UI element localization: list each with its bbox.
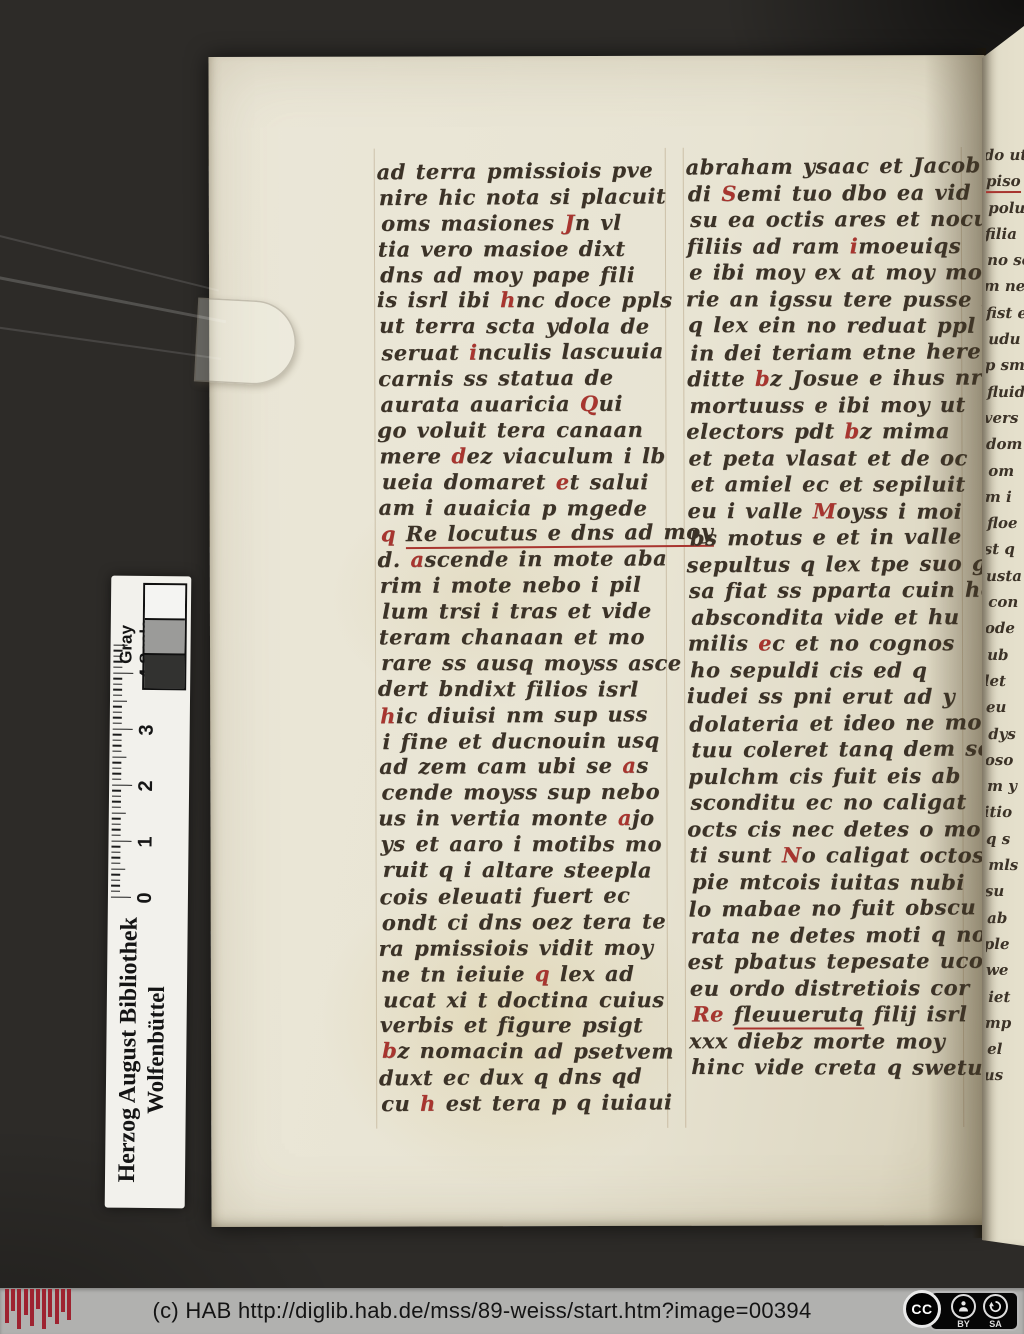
text-segment: con (988, 593, 1018, 611)
edge-text-fragment: udu (988, 330, 1024, 356)
text-segment: vers (986, 409, 1018, 427)
text-segment: pulchm cis fuit eis ab (688, 762, 961, 788)
manuscript-text-line: carnis ss statua de (378, 364, 674, 392)
text-segment: usta (986, 567, 1022, 585)
text-segment: eu (986, 698, 1006, 716)
text-segment: scende in mote aba (424, 546, 667, 572)
text-segment: abraham ysaac et Jacob (685, 152, 980, 179)
institution-name-line2: Wolfenbüttel (141, 904, 171, 1196)
ruler-tick (111, 885, 120, 886)
text-segment: a (410, 547, 424, 572)
ruler-tick (111, 891, 120, 892)
edge-text-fragment: filia (986, 225, 1023, 251)
edge-text-fragment: ab (987, 909, 1024, 935)
text-segment: ad terra pmissiois pve (376, 157, 653, 184)
text-segment: rare ss ausq moyss asce (381, 650, 682, 675)
text-segment: verbis et figure psigt (380, 1012, 643, 1037)
manuscript-text-line: octs cis nec detes o mo (687, 816, 975, 843)
text-segment: M (813, 498, 837, 523)
text-segment: mortuuss e ibi moy ut (689, 391, 965, 417)
edge-text-fragment: m i (986, 488, 1023, 514)
manuscript-text-line: seruat inculis lascuuia (381, 338, 677, 366)
manuscript-text-line: lum trsi i tras et vide (382, 598, 678, 625)
manuscript-text-line: Re fleuuerutq filij isrl (692, 1001, 980, 1028)
ruler-tick (112, 779, 121, 780)
text-segment: m i (986, 488, 1012, 506)
text-segment: z mima (860, 418, 950, 443)
text-segment: dolateria et ideo ne mo (689, 709, 982, 736)
ruler-tick (112, 807, 121, 808)
ruler-tick (111, 896, 131, 898)
manuscript-text-line: tuu coleret tanq dem se (691, 735, 979, 763)
text-segment: su ea octis ares et nocu (690, 206, 989, 232)
text-segment: emi tuo dbo ea vid (737, 179, 971, 205)
text-segment: sa fiat ss pparta cuin ho (689, 577, 995, 603)
text-segment: J (564, 210, 575, 235)
text-segment: el (987, 1040, 1002, 1058)
manuscript-text-line: dert bndixt filios isrl (378, 676, 674, 703)
text-segment: milis (688, 630, 758, 655)
text-segment: jo (632, 805, 655, 830)
manuscript-text-line: i fine et ducnouin usq (382, 727, 678, 755)
edge-text-fragment: ple (986, 935, 1022, 961)
manuscript-text-line: go voluit tera canaan (377, 417, 673, 444)
text-segment: lo mabae no fuit obscu (689, 894, 977, 921)
ruler-tick (112, 818, 121, 819)
ruler-tick (113, 734, 122, 735)
text-segment: su (986, 882, 1004, 900)
text-segment: nc doce ppls (516, 288, 673, 313)
manuscript-scan-viewport: do utpisopolufiliano som nefist eudup sm… (0, 0, 1024, 1334)
gray-scale-swatch (145, 585, 185, 618)
text-segment: sconditu ec no caligat (690, 789, 966, 815)
text-segment: udu (988, 330, 1020, 348)
text-segment: ui (599, 391, 623, 416)
manuscript-text-line: cu h est tera p q iuiaui (381, 1089, 677, 1117)
edge-text-fragment: piso (986, 172, 1024, 198)
text-segment: nire hic nota si placuit (379, 183, 666, 210)
edge-text-fragment: us (986, 1066, 1022, 1092)
text-segment: ys et aaro i motibs mo (381, 831, 663, 856)
manuscript-text-line: dns ad moy pape fili (380, 262, 676, 288)
manuscript-text-line: bs motus e et in valle (690, 523, 978, 552)
text-segment: fleuuerutq (734, 1001, 864, 1029)
text-segment: us (986, 1066, 1003, 1084)
text-segment: cu (381, 1091, 420, 1116)
manuscript-text-line: eu ordo distretiois cor (690, 975, 978, 1002)
edge-text-fragment: dys (988, 724, 1024, 750)
manuscript-text-line: xxx diebz morte moy (689, 1028, 977, 1055)
manuscript-text-line: cois eleuati fuert ec (379, 882, 675, 910)
manuscript-text-line: q Re locutus e dns ad moy (381, 519, 677, 547)
manuscript-text-line: et peta vlasat et de oc (689, 445, 977, 472)
manuscript-text-line: milis ec et no cognos (688, 630, 976, 657)
facing-page-text-fragments: do utpisopolufiliano som nefist eudup sm… (986, 146, 1024, 1093)
text-segment: b (755, 366, 770, 391)
text-segment: ub (987, 646, 1008, 664)
manuscript-text-line: ho sepuldi cis ed q (690, 657, 978, 684)
ruler-tick (112, 829, 121, 830)
ruler-tick (113, 683, 122, 684)
text-segment: am i auaicia p mgede (379, 494, 648, 520)
manuscript-text-line: eu i valle Moyss i moi (688, 498, 976, 525)
ruler-number-label: 3 (136, 721, 159, 739)
text-segment: b (382, 1038, 397, 1063)
text-segment: N (782, 842, 802, 867)
manuscript-text-line: di Semi tuo dbo ea vid (688, 179, 976, 207)
text-segment: e (758, 630, 772, 655)
text-segment: fluid (987, 383, 1024, 401)
manuscript-text-line: abraham ysaac et Jacob (685, 152, 973, 181)
text-segment: ez viaculum i lb (467, 443, 666, 468)
text-segment: is isrl ibi (377, 288, 500, 313)
text-segment: mls (988, 856, 1018, 874)
manuscript-text-line: rim i mote nebo i pil (380, 572, 676, 599)
text-segment: dom (986, 435, 1022, 453)
text-segment: rie an igssu tere pusse st (686, 286, 1004, 311)
text-segment: st q (986, 540, 1015, 558)
manuscript-text-line: pie mtcois iuitas nubi (692, 869, 980, 896)
text-segment: duxt ec dux q dns qd (379, 1063, 642, 1090)
text-segment: hinc vide creta q swetu (691, 1054, 983, 1080)
text-segment: ab (987, 909, 1007, 927)
text-segment: ode (986, 619, 1015, 637)
manuscript-text-line: ti sunt No caligat octos (690, 842, 978, 869)
manuscript-text-line: am i auaicia p mgede (379, 494, 675, 521)
text-segment: mere (380, 443, 452, 468)
text-segment: o caligat octos (802, 842, 985, 867)
text-segment: Q (580, 391, 599, 416)
text-segment: bs motus e et in valle (690, 523, 962, 550)
text-segment: oms masiones (381, 210, 564, 236)
edge-text-fragment: floe (987, 514, 1024, 540)
manuscript-text-line: ne tn ieiuie q lex ad (381, 960, 677, 987)
text-segment: est tera p q iuiaui (436, 1089, 673, 1115)
text-segment: seruat (381, 340, 469, 366)
share-alike-arrow-icon (983, 1294, 1008, 1319)
text-segment: ruit q i altare steepla (383, 857, 652, 883)
manuscript-text-line: ondt ci dns oez tera te (382, 908, 678, 936)
ruler-tick (112, 773, 121, 774)
text-segment: q (535, 961, 550, 986)
text-segment: carnis ss statua de (378, 365, 614, 391)
text-segment: t salui (570, 469, 649, 494)
text-segment: Re (692, 1001, 734, 1026)
edge-text-fragment: fluid (987, 383, 1024, 409)
manuscript-text-line: ys et aaro i motibs mo (381, 831, 677, 857)
manuscript-text-line: abscondita vide et hu (691, 604, 979, 631)
text-segment: c et no cognos (772, 630, 955, 655)
manuscript-text-line: rie an igssu tere pusse st (686, 286, 974, 313)
text-segment: dys (988, 725, 1016, 743)
text-segment: est pbatus tepesate uco (688, 948, 984, 974)
ruler-tick (112, 835, 121, 836)
text-segment: om (988, 461, 1014, 479)
text-segment: go voluit tera canaan (377, 417, 643, 443)
text-segment: eu i valle (688, 498, 813, 523)
ruler-tick (112, 812, 126, 814)
gray-scale-swatch (145, 618, 185, 653)
edge-text-fragment: ub (987, 646, 1024, 672)
manuscript-text-line: duxt ec dux q dns qd (379, 1063, 675, 1091)
edge-text-fragment: we (986, 961, 1024, 987)
ruler-tick (112, 784, 132, 786)
manuscript-text-line: ut terra scta ydola de (379, 313, 675, 340)
manuscript-text-line: ruit q i altare steepla (383, 857, 679, 884)
manuscript-text-line: sa fiat ss pparta cuin ho (689, 577, 977, 605)
edge-text-fragment: vers (986, 409, 1022, 435)
manuscript-text-line: q lex ein no reduat ppl (688, 312, 976, 339)
text-segment: n vl (575, 210, 622, 235)
text-segment: dert bndixt filios isrl (378, 676, 639, 702)
text-segment: dns ad moy pape fili (380, 262, 635, 287)
manuscript-text-line: bz nomacin ad psetvem (382, 1038, 678, 1065)
edge-text-fragment: su (986, 882, 1023, 908)
text-segment: d. (378, 547, 411, 572)
text-segment: filia (986, 225, 1017, 243)
manuscript-page: ad terra pmissiois pvenire hic nota si p… (208, 55, 987, 1227)
ruler-tick (111, 857, 120, 858)
manuscript-text-line: ueia domaret et salui (382, 469, 678, 495)
sa-label: SA (983, 1319, 1008, 1329)
institution-name-line1: Herzog August Bibliothek (113, 904, 144, 1196)
ruler-tick (113, 723, 122, 724)
text-segment: p sm (986, 356, 1024, 374)
ruler-tick (113, 728, 133, 730)
text-segment: filiis ad ram (687, 233, 850, 258)
copyright-url-text: (c) HAB http://diglib.hab.de/mss/89-weis… (0, 1288, 964, 1334)
manuscript-text-line: verbis et figure psigt (380, 1012, 676, 1038)
edge-text-fragment: st q (986, 540, 1022, 566)
text-segment: abscondita vide et hu (691, 604, 959, 630)
text-segment: let (986, 672, 1006, 690)
ruler-tick (113, 667, 122, 668)
text-segment: m y (987, 777, 1017, 795)
manuscript-text-line: electors pdt bz mima (686, 418, 974, 445)
by-label: BY (951, 1319, 976, 1329)
text-segment: ad zem cam ubi se (379, 753, 622, 779)
text-segment: eu ordo distretiois cor (690, 975, 970, 1001)
text-segment: ditte (687, 366, 755, 391)
text-segment: nculis lascuuia (477, 338, 663, 364)
text-segment: q lex ein no reduat ppl (688, 312, 976, 338)
color-reference-ruler: Herzog August Bibliothek Wolfenbüttel 01… (105, 576, 192, 1209)
text-segment: ueia domaret (382, 469, 556, 494)
text-segment: pie mtcois iuitas nubi (692, 869, 965, 895)
ruler-tick (113, 706, 122, 707)
cc-license-badge: CC BY SA (903, 1289, 1021, 1331)
edge-text-fragment: oso (986, 751, 1023, 777)
ruler-tick (112, 767, 121, 768)
text-segment: e (556, 469, 570, 494)
edge-text-fragment: con (988, 593, 1024, 619)
manuscript-text-line: dolateria et ideo ne mo (689, 709, 977, 738)
edge-text-fragment: no so (987, 251, 1024, 277)
text-segment: fist e (986, 304, 1024, 322)
text-segment: teram chanaan et mo (379, 624, 645, 649)
text-segment: in dei teriam etne here (690, 338, 981, 365)
page-holder-clip (194, 297, 298, 386)
ruler-tick (112, 790, 121, 791)
manuscript-text-line: ucat xi t doctina cuius (383, 987, 679, 1013)
ruling-line (961, 147, 965, 1127)
ruler-tick (111, 868, 125, 870)
text-segment: rata ne detes moti q no (691, 921, 987, 948)
text-segment: iudei ss pni erut ad y (687, 683, 955, 709)
text-segment: m ne (986, 277, 1024, 295)
ruler-tick (113, 695, 122, 696)
text-segment: no so (987, 251, 1024, 269)
manuscript-text-line: sepultus q lex tpe suo glo (687, 550, 975, 578)
text-segment: us in vertia monte (378, 805, 618, 830)
ruler-tick (113, 678, 122, 679)
ruler-tick (111, 879, 120, 880)
text-segment: lum trsi i tras et vide (382, 598, 652, 624)
gray-scale-swatches (142, 583, 187, 690)
ruler-tick (111, 846, 120, 847)
text-segment: h (500, 288, 516, 313)
manuscript-text-line: us in vertia monte ajo (378, 805, 674, 831)
facing-page-edge: do utpisopolufiliano som nefist eudup sm… (982, 0, 1024, 1248)
text-segment: piso (986, 172, 1021, 193)
text-segment: do ut (986, 146, 1024, 164)
text-segment: h (380, 703, 396, 728)
text-segment: iet (988, 987, 1010, 1005)
text-segment: mp (986, 1014, 1011, 1032)
text-segment: ra pmissiois vidit moy (379, 934, 654, 960)
edge-text-fragment: mp (986, 1014, 1023, 1040)
manuscript-text-line: hic diuisi nm sup uss (380, 701, 676, 729)
text-segment: a (618, 805, 632, 830)
text-segment: a (622, 753, 636, 778)
edge-text-fragment: m ne (986, 277, 1022, 303)
attribution-person-icon (951, 1294, 976, 1319)
text-segment: aurata auaricia (380, 391, 579, 417)
edge-text-fragment: iet (988, 987, 1024, 1013)
ruler-tick (113, 711, 122, 712)
edge-text-fragment: itio (986, 803, 1022, 829)
edge-text-fragment: m y (987, 777, 1024, 803)
manuscript-text-line: est pbatus tepesate uco (688, 948, 976, 976)
text-segment: floe (987, 514, 1018, 532)
manuscript-text-line: oms masiones Jn vl (381, 209, 677, 236)
edge-text-fragment: dom (986, 435, 1024, 461)
text-segment: ti sunt (690, 842, 782, 867)
text-segment: tia vero masioe dixt (378, 236, 626, 262)
text-segment: h (420, 1091, 436, 1116)
edge-text-fragment: let (986, 672, 1022, 698)
text-segment: itio (986, 803, 1012, 821)
edge-text-fragment: mls (988, 856, 1024, 882)
manuscript-text-line: et amiel ec et sepiluit (691, 471, 979, 498)
manuscript-text-line: rata ne detes moti q no (691, 921, 979, 949)
ruler-tick (112, 756, 126, 758)
manuscript-text-line: e ibi moy ex at moy mo (689, 259, 977, 286)
manuscript-text-line: tia vero masioe dixt (378, 235, 674, 262)
text-segment: ic diuisi nm sup uss (396, 701, 648, 728)
gray-scale-swatch (144, 653, 184, 688)
manuscript-text-line: d. ascende in mote aba (378, 546, 674, 574)
ruler-number-label: 0 (134, 889, 157, 907)
manuscript-text-line: mere dez viaculum i lb (380, 443, 676, 469)
ruler-tick (113, 717, 122, 718)
edge-text-fragment: fist e (986, 304, 1024, 330)
text-segment: xxx diebz morte moy (689, 1028, 945, 1053)
text-segment: oso (986, 751, 1013, 769)
institution-name: Herzog August Bibliothek Wolfenbüttel (113, 904, 171, 1197)
ruler-tick (113, 745, 122, 746)
text-segment: i fine et ducnouin usq (382, 727, 659, 754)
manuscript-text-line: sconditu ec no caligat (690, 789, 978, 816)
edge-text-fragment: eu (986, 698, 1024, 724)
edge-text-fragment: om (988, 461, 1024, 487)
text-segment: rim i mote nebo i pil (380, 572, 642, 598)
text-segment: q s (986, 830, 1010, 848)
ruler-tick (112, 795, 121, 796)
edge-text-fragment: el (987, 1040, 1024, 1066)
text-segment: s (636, 753, 648, 778)
manuscript-column-left: ad terra pmissiois pvenire hic nota si p… (379, 158, 678, 1117)
ruler-tick (113, 672, 133, 674)
manuscript-text-line: filiis ad ram imoeuiqs (687, 233, 975, 260)
text-segment: ho sepuldi cis ed q (690, 657, 927, 682)
text-segment: ple (986, 935, 1010, 953)
text-segment: S (721, 180, 737, 205)
text-segment: q (381, 522, 406, 547)
text-segment: b (844, 418, 859, 443)
manuscript-text-line: rare ss ausq moyss asce (381, 650, 677, 676)
ruler-tick (113, 739, 122, 740)
text-segment: polu (988, 199, 1024, 217)
text-segment: we (986, 961, 1008, 979)
text-segment: ut terra scta ydola de (379, 313, 650, 339)
manuscript-text-line: cende moyss sup nebo (381, 779, 677, 806)
ruler-number-label: 1 (134, 833, 157, 851)
manuscript-text-line: in dei teriam etne here (690, 338, 978, 367)
manuscript-text-line: su ea octis ares et nocu (690, 206, 978, 234)
text-segment: ne tn ieiuie (381, 961, 535, 986)
text-segment: ucat xi t doctina cuius (383, 987, 664, 1012)
manuscript-text-line: iudei ss pni erut ad y (687, 683, 975, 710)
ruler-ticks (111, 636, 138, 898)
text-segment: i (469, 340, 478, 365)
manuscript-text-line: hinc vide creta q swetu (691, 1054, 979, 1081)
text-segment: moeuiqs (858, 233, 961, 258)
edge-text-fragment: p sm (986, 356, 1023, 382)
ruler-tick (112, 751, 121, 752)
ruler-tick (112, 801, 121, 802)
manuscript-text-line: ditte bz Josue e ihus nr (687, 365, 975, 393)
footer-bar: (c) HAB http://diglib.hab.de/mss/89-weis… (0, 1288, 1024, 1334)
edge-text-fragment: usta (986, 567, 1024, 593)
text-segment: ondt ci dns oez tera te (382, 908, 666, 935)
text-segment: electors pdt (686, 418, 844, 443)
manuscript-text-line: aurata auaricia Qui (380, 391, 676, 418)
manuscript-text-line: teram chanaan et mo (379, 624, 675, 650)
ruler-tick (111, 863, 120, 864)
ruler-tick (111, 851, 120, 852)
ruler-tick (112, 840, 132, 842)
text-segment: et amiel ec et sepiluit (691, 471, 966, 496)
ruler-tick (112, 762, 121, 763)
manuscript-text-line: mortuuss e ibi moy ut (689, 391, 977, 419)
edge-text-fragment: do ut (986, 146, 1022, 172)
text-segment: e ibi moy ex at moy mo (689, 259, 982, 284)
edge-text-fragment: polu (988, 199, 1024, 225)
manuscript-text-line: is isrl ibi hnc doce ppls (377, 288, 673, 314)
text-segment: et peta vlasat et de oc (689, 445, 968, 470)
ruler-number-label: 2 (135, 777, 158, 795)
